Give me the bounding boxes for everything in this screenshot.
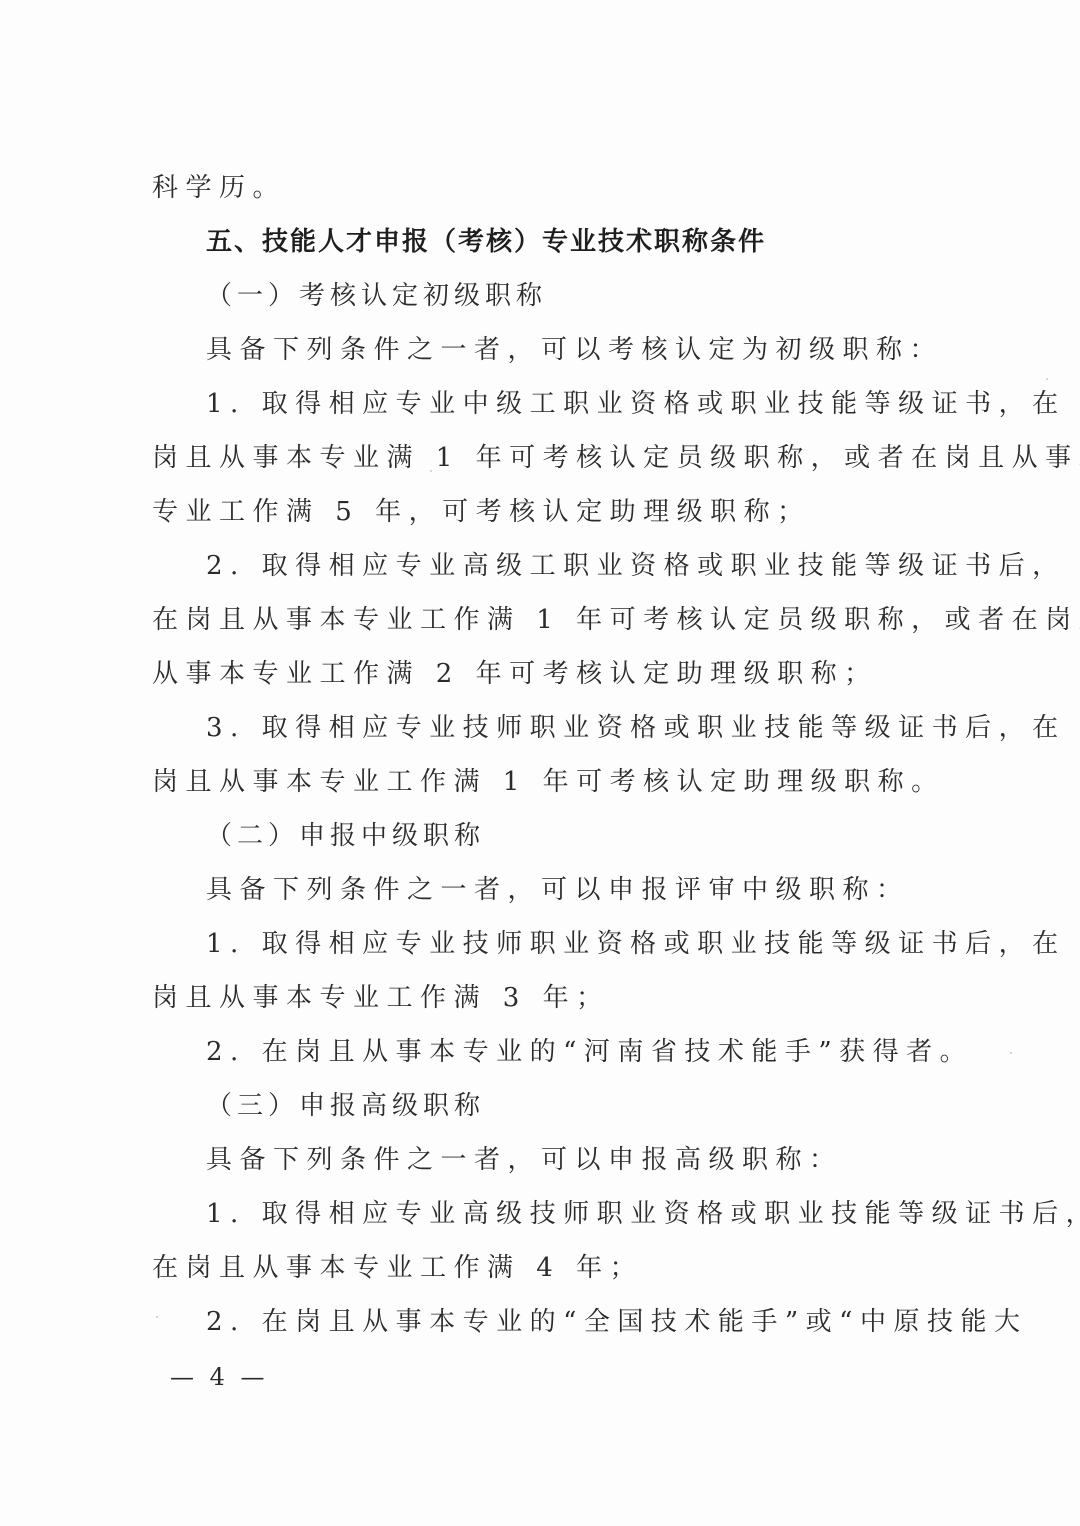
paragraph-intro: 具备下列条件之一者，可以考核认定为初级职称：	[206, 330, 952, 370]
list-item-continuation: 岗且从事本专业工作满 3 年；	[152, 978, 952, 1018]
scan-speck	[430, 470, 432, 472]
list-item-continuation: 在岗且从事本专业工作满 1 年可考核认定员级职称，或者在岗且	[152, 600, 952, 640]
list-item-start: 3. 取得相应专业技师职业资格或职业技能等级证书后，在	[206, 708, 952, 748]
list-item-continuation: 岗且从事本专业满 1 年可考核认定员级职称，或者在岗且从事本	[152, 438, 952, 478]
list-item-start: 2. 在岗且从事本专业的“全国技术能手”或“中原技能大	[206, 1302, 952, 1342]
section-heading: 五、技能人才申报（考核）专业技术职称条件	[206, 222, 952, 262]
scan-speck	[1046, 378, 1048, 380]
document-page: 科学历。 五、技能人才申报（考核）专业技术职称条件 （一）考核认定初级职称 具备…	[0, 0, 1080, 1526]
list-item-start: 1. 取得相应专业中级工职业资格或职业技能等级证书，在	[206, 384, 952, 424]
paragraph-intro: 具备下列条件之一者，可以申报高级职称：	[206, 1140, 952, 1180]
list-item-start: 1. 取得相应专业高级技师职业资格或职业技能等级证书后，	[206, 1194, 952, 1234]
list-item-start: 2. 在岗且从事本专业的“河南省技术能手”获得者。	[206, 1032, 952, 1072]
page-number: — 4 —	[170, 1360, 290, 1394]
scan-speck	[156, 1316, 158, 1318]
subsection-heading: （二）申报中级职称	[206, 816, 952, 856]
scan-speck	[1010, 1052, 1012, 1054]
paragraph-intro: 具备下列条件之一者，可以申报评审中级职称：	[206, 870, 952, 910]
paragraph-continuation: 科学历。	[152, 168, 952, 208]
list-item-continuation: 在岗且从事本专业工作满 4 年；	[152, 1248, 952, 1288]
subsection-heading: （一）考核认定初级职称	[206, 276, 952, 316]
subsection-heading: （三）申报高级职称	[206, 1086, 952, 1126]
list-item-continuation: 专业工作满 5 年，可考核认定助理级职称；	[152, 492, 952, 532]
list-item-continuation: 岗且从事本专业工作满 1 年可考核认定助理级职称。	[152, 762, 952, 802]
list-item-start: 2. 取得相应专业高级工职业资格或职业技能等级证书后，	[206, 546, 952, 586]
list-item-continuation: 从事本专业工作满 2 年可考核认定助理级职称；	[152, 654, 952, 694]
list-item-start: 1. 取得相应专业技师职业资格或职业技能等级证书后，在	[206, 924, 952, 964]
